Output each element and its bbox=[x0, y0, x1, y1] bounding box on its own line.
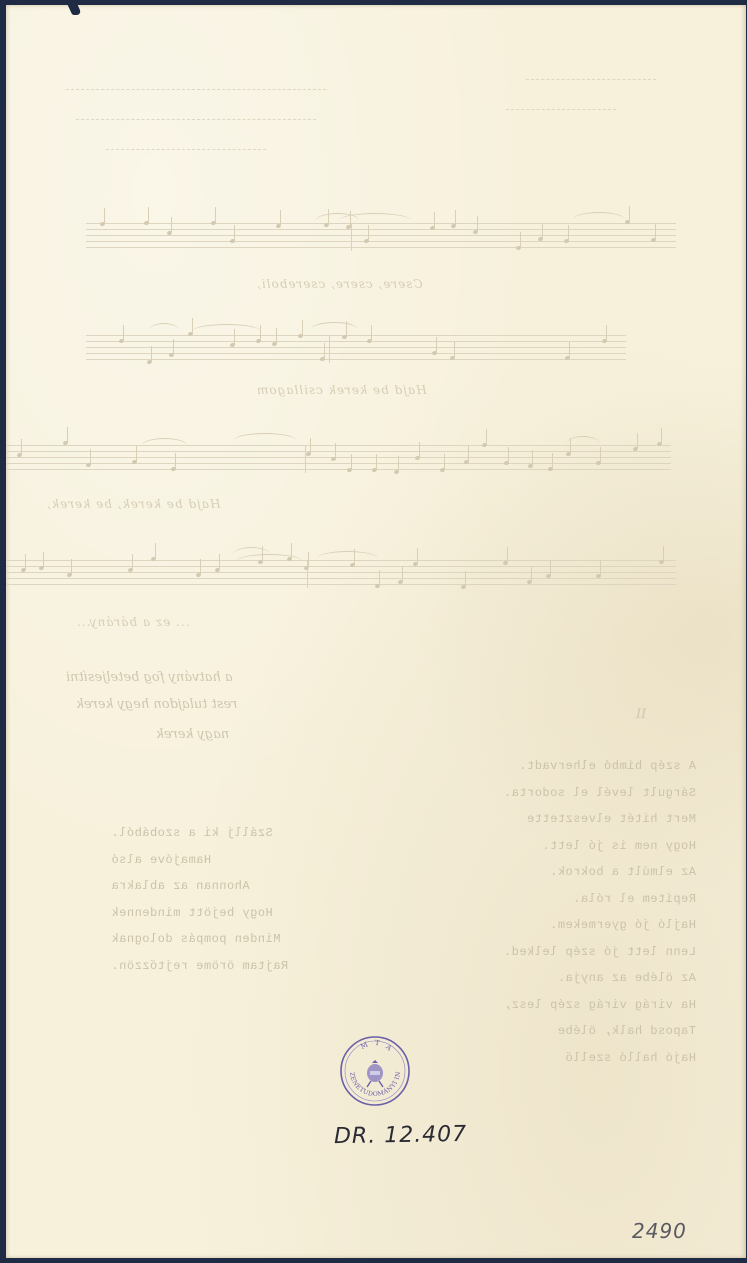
bleed-music-staff bbox=[86, 223, 676, 251]
bleed-typewriter-line: Az ölébe az anyja. bbox=[396, 965, 696, 992]
bleed-lyric: Hajd be kerek, be kerek, bbox=[46, 497, 220, 511]
bleed-typewriter-block-left: Szállj ki a szobából.Hamajóve alsóAhonna… bbox=[111, 820, 411, 979]
bleed-roman-marker: II bbox=[636, 707, 646, 722]
bleed-pencil-note: rest tulajdon hegy kerek bbox=[76, 697, 237, 712]
bleed-typewriter-line: Az elmúlt a bokrok. bbox=[396, 859, 696, 886]
bleed-lyric: ... ez a bárány... bbox=[76, 615, 190, 629]
bleed-typewriter-line: Ha virág virág szép lesz, bbox=[396, 992, 696, 1019]
bleed-lyric: Hajd be kerek csillagom bbox=[256, 383, 427, 397]
shelfmark: DR. 12.407 bbox=[334, 1122, 468, 1149]
bleed-typewriter-line: Mert hitét elvesztette bbox=[396, 806, 696, 833]
bleed-handwriting-line bbox=[106, 135, 266, 150]
bleed-typewriter-line: Hamajóve alsó bbox=[111, 847, 411, 874]
bleed-music-staff bbox=[6, 560, 676, 588]
bleed-pencil-note: nagy kerek bbox=[156, 727, 229, 742]
bleed-typewriter-line: Hajló jó gyermekem. bbox=[396, 912, 696, 939]
bleed-typewriter-line: A szép bimbó elhervadt. bbox=[396, 753, 696, 780]
bleed-typewriter-block-right: A szép bimbó elhervadt.Sárgult levél el … bbox=[396, 753, 696, 1071]
bleed-handwriting-line bbox=[66, 75, 326, 90]
bleed-music-staff bbox=[6, 445, 671, 473]
bleed-lyric: Csere, csere, csereboli, bbox=[256, 277, 423, 291]
bleed-typewriter-line: Hajó halló szellő bbox=[396, 1045, 696, 1072]
bleed-typewriter-line: Ahonnan az ablakra bbox=[111, 873, 411, 900]
bleed-typewriter-line: Hogy nem is jó lett. bbox=[396, 833, 696, 860]
bleed-typewriter-line: Szállj ki a szobából. bbox=[111, 820, 411, 847]
bleed-handwriting-line bbox=[526, 65, 656, 80]
bleed-typewriter-line: Repítem el róla. bbox=[396, 886, 696, 913]
bleed-typewriter-line: Minden pompás dolognak bbox=[111, 926, 411, 953]
page-number: 2490 bbox=[632, 1219, 687, 1243]
bleed-typewriter-line: Lenn lett jó szép lelked. bbox=[396, 939, 696, 966]
bleed-typewriter-line: Sárgult levél el sodorta. bbox=[396, 780, 696, 807]
paper-tear bbox=[68, 5, 83, 15]
bleed-music-staff bbox=[86, 335, 626, 363]
bleed-typewriter-line: Rajtam öröme rejtőzzön. bbox=[111, 953, 411, 980]
manuscript-page: Csere, csere, csereboli, Hajd be kerek c… bbox=[6, 5, 746, 1258]
bleed-handwriting-line bbox=[506, 95, 616, 110]
bleed-handwriting-line bbox=[76, 105, 316, 120]
bleed-pencil-note: a hatvány fog beteljesítni bbox=[66, 670, 233, 685]
institute-stamp: ZENETUDOMÁNYI INTÉZET M T A bbox=[339, 1035, 411, 1107]
bleed-typewriter-line: Taposd halk, ölébe bbox=[396, 1018, 696, 1045]
bleed-typewriter-line: Hogy bejött mindennek bbox=[111, 900, 411, 927]
